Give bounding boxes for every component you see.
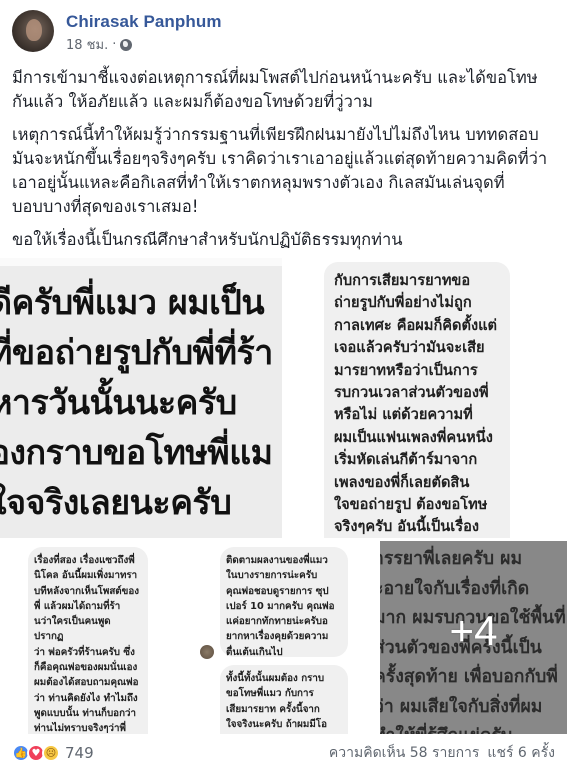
chat-line: กับการเสียมารยาทขอ xyxy=(334,270,500,292)
chat-sender-avatar xyxy=(200,645,214,659)
sad-face-icon: ☹ xyxy=(42,744,60,762)
chat-line: ติดตามผลงานของพี่แมว xyxy=(226,553,342,568)
post-header: Chirasak Panphum 18 ชม. · xyxy=(12,10,222,60)
post-timestamp-row: 18 ชม. · xyxy=(66,34,222,55)
chat-line: ว่า พ่อครัวที่ร้านครับ ซึ่ง xyxy=(34,645,142,660)
post-time-link[interactable]: 18 ชม. xyxy=(66,34,108,55)
post-body: มีการเข้ามาชี้แจงต่อเหตุการณ์ที่ผมโพสต์ไ… xyxy=(12,66,557,261)
post-footer: 👍 ♥ ☹ 749 ความคิดเห็น 58 รายการ แชร์ 6 ค… xyxy=(0,734,567,772)
chat-line: ดีครับพี่แมว ผมเป็น xyxy=(0,278,273,328)
photo-tile-5-more[interactable]: ารรยาพี่เลยครับ ผม ะอายใจกับเรื่องที่เกิ… xyxy=(380,541,567,734)
chat-line: ถ่ายรูปกับพี่อย่างไม่ถูก xyxy=(334,292,500,314)
chat-line: บทีหลังจากเห็นโพสต์ของ xyxy=(34,584,142,599)
post-paragraph: มีการเข้ามาชี้แจงต่อเหตุการณ์ที่ผมโพสต์ไ… xyxy=(12,66,557,114)
photo-tile-4[interactable]: ติดตามผลงานของพี่แมว ในบางรายการน่ะครับ … xyxy=(190,541,377,734)
chat-line: ตื่นเต้นเกินไป xyxy=(226,645,342,660)
chat-line: ว่า ท่านคิดยังไง ทำไมถึง xyxy=(34,691,142,706)
chat-line: หารวันนั้นนะครับ xyxy=(0,378,273,428)
chat-line: ยากหาเรื่องคุยด้วยความ xyxy=(226,629,342,644)
chat-line: จริงๆครับ อันนี้เป็นเรื่อง xyxy=(334,516,500,538)
author-avatar[interactable] xyxy=(12,10,54,52)
chat-line: ผมต้องได้สอบถามคุณพ่อ xyxy=(34,675,142,690)
more-photos-count[interactable]: +4 xyxy=(380,607,567,655)
chat-line: ้องกราบขอโทษพี่แม xyxy=(0,428,273,478)
chat-line: นิโคล อันนี้ผมเพิ่งมาทรา xyxy=(34,568,142,583)
chat-line: ที่ขอถ่ายรูปกับพี่ที่ร้า xyxy=(0,328,273,378)
chat-line: กาลเทศะ คือผมก็คิดตั้งแต่ xyxy=(334,315,500,337)
reactions-summary[interactable]: 👍 ♥ ☹ 749 xyxy=(12,744,94,762)
chat-line: เปอร์ 10 มากครับ คุณพ่อ xyxy=(226,599,342,614)
chat-line: ผมเป็นแฟนเพลงพี่คนหนึ่ง xyxy=(334,427,500,449)
photo-tile-1[interactable]: ดีครับพี่แมว ผมเป็น ที่ขอถ่ายรูปกับพี่ที… xyxy=(0,258,282,538)
chat-line: หรือไม่ แต่ด้วยความที่ xyxy=(334,404,500,426)
post-paragraph: เหตุการณ์นี้ทำให้ผมรู้ว่ากรรมฐานที่เพียร… xyxy=(12,123,557,219)
author-name-link[interactable]: Chirasak Panphum xyxy=(66,12,222,32)
chat-bubble: ทั้งนี้ทั้งนั้นผมต้อง กราบ ขอโทษพี่แมว ก… xyxy=(220,665,348,734)
post-meta: Chirasak Panphum 18 ชม. · xyxy=(66,10,222,55)
photo-tile-2[interactable]: กับการเสียมารยาทขอ ถ่ายรูปกับพี่อย่างไม่… xyxy=(286,258,567,538)
chat-line: ใจจริงนะครับ ถ้าผมมีโอ xyxy=(226,717,342,732)
chat-line: รบกวนเวลาส่วนตัวของพี่ xyxy=(334,382,500,404)
chat-line: ทั้งนี้ทั้งนั้นผมต้อง กราบ xyxy=(226,671,342,686)
chat-line: ขอโทษพี่แมว กับการ xyxy=(226,686,342,701)
photo-grid: ดีครับพี่แมว ผมเป็น ที่ขอถ่ายรูปกับพี่ที… xyxy=(0,258,567,734)
chat-line: พี่ แล้วผมได้ถามที่ร้า xyxy=(34,599,142,614)
chat-line: คุณพ่อชอบดูรายการ ซุป xyxy=(226,584,342,599)
chat-line: เสียมารยาท ครั้งนี้จาก xyxy=(226,702,342,717)
comments-count-link[interactable]: ความคิดเห็น 58 รายการ xyxy=(329,742,480,764)
shares-count-link[interactable]: แชร์ 6 ครั้ง xyxy=(487,742,555,764)
reaction-count[interactable]: 749 xyxy=(65,744,94,762)
chat-screenshot-text: ดีครับพี่แมว ผมเป็น ที่ขอถ่ายรูปกับพี่ที… xyxy=(0,278,273,528)
chat-bubble: กับการเสียมารยาทขอ ถ่ายรูปกับพี่อย่างไม่… xyxy=(324,262,510,538)
chat-line: เรื่องที่สอง เรื่องแซวถึงพี่ xyxy=(34,553,142,568)
chat-line: พูดแบบนั้น ท่านก็บอกว่า xyxy=(34,706,142,721)
chat-bubble: เรื่องที่สอง เรื่องแซวถึงพี่ นิโคล อันนี… xyxy=(28,547,148,734)
chat-line: เพลงของพี่ก็เลยตัดสิน xyxy=(334,472,500,494)
chat-line: ในบางรายการน่ะครับ xyxy=(226,568,342,583)
photo-tile-3[interactable]: เรื่องที่สอง เรื่องแซวถึงพี่ นิโคล อันนี… xyxy=(0,541,187,734)
chat-line: ใจจริงเลยนะครับ xyxy=(0,478,273,528)
chat-line: ท่านไม่ทราบจริงๆว่าพี่แมว xyxy=(34,721,142,734)
chat-bubble: ติดตามผลงานของพี่แมว ในบางรายการน่ะครับ … xyxy=(220,547,348,657)
chat-line: แค่อยากทักทายน่ะครับอ xyxy=(226,614,342,629)
chat-line: ใจขอถ่ายรูป ต้องขอโทษ xyxy=(334,494,500,516)
post-paragraph: ขอให้เรื่องนี้เป็นกรณีศึกษาสำหรับนักปฏิบ… xyxy=(12,228,557,252)
engagement-stats: ความคิดเห็น 58 รายการ แชร์ 6 ครั้ง xyxy=(329,742,555,764)
globe-icon[interactable] xyxy=(120,39,132,51)
chat-line: เจอแล้วครับว่ามันจะเสีย xyxy=(334,337,500,359)
chat-line: มารยาทหรือว่าเป็นการ xyxy=(334,360,500,382)
chat-line: ก็คือคุณพ่อของผมนั่นเอง xyxy=(34,660,142,675)
meta-separator: · xyxy=(112,37,116,52)
chat-line: เริ่มหัดเล่นกีต้าร์มาจาก xyxy=(334,449,500,471)
chat-line: นว่าใครเป็นคนพูด ปรากฏ xyxy=(34,614,142,645)
